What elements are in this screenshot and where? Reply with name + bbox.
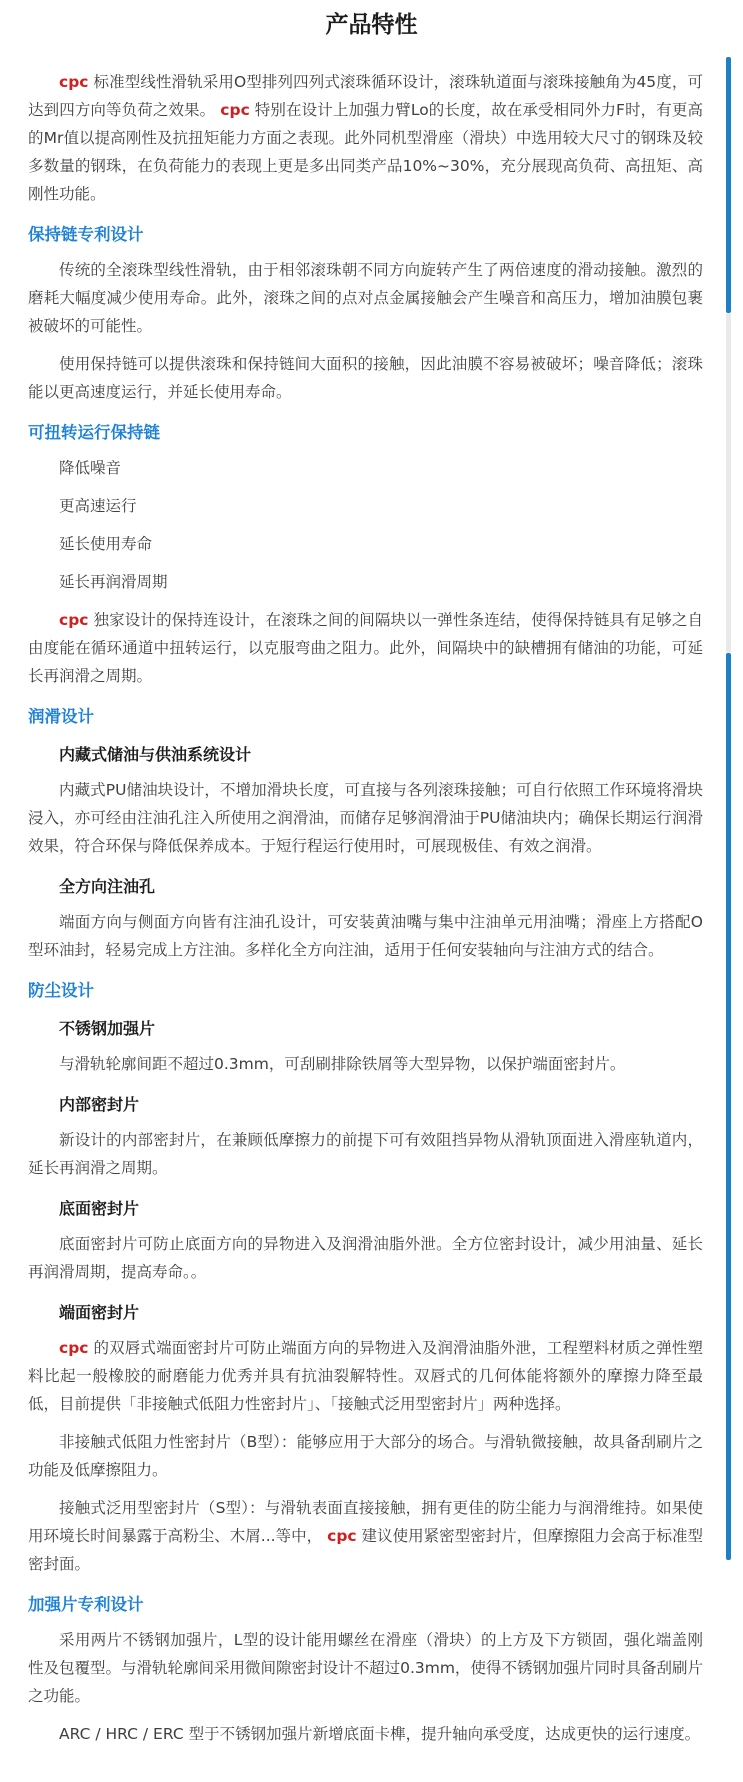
paragraph: 传统的全滚珠型线性滑轨，由于相邻滚珠朝不同方向旋转产生了两倍速度的滑动接触。激烈… xyxy=(28,256,703,340)
paragraph: 内藏式PU储油块设计，不增加滑块长度，可直接与各列滚珠接触；可自行依照工作环境将… xyxy=(28,776,703,860)
feature-item: 延长使用寿命 xyxy=(28,530,703,558)
brand-cpc: cpc xyxy=(220,101,249,119)
section-heading: 加强片专利设计 xyxy=(28,1594,703,1616)
text-run: ARC / HRC / ERC 型于不锈钢加强片新增底面卡榫，提升轴向承受度，达… xyxy=(59,1725,700,1743)
text-run: 使用保持链可以提供滚珠和保持链间大面积的接触，因此油膜不容易被破坏；噪音降低；滚… xyxy=(28,355,703,401)
sub-heading: 内藏式储油与供油系统设计 xyxy=(59,744,703,766)
section-heading: 保持链专利设计 xyxy=(28,224,703,246)
page-title: 产品特性 xyxy=(0,12,743,38)
text-run: 与滑轨轮廓间距不超过0.3mm，可刮刷排除铁屑等大型异物，以保护端面密封片。 xyxy=(59,1055,625,1073)
paragraph: cpc 的双唇式端面密封片可防止端面方向的异物进入及润滑油脂外泄，工程塑料材质之… xyxy=(28,1334,703,1418)
text-run: 延长使用寿命 xyxy=(59,535,152,553)
text-run: 底面密封片可防止底面方向的异物进入及润滑油脂外泄。全方位密封设计，减少用油量、延… xyxy=(28,1235,703,1281)
text-run: 非接触式低阻力性密封片（B型）：能够应用于大部分的场合。与滑轨微接触，故具备刮刷… xyxy=(28,1433,703,1479)
text-run: 采用两片不锈钢加强片，L型的设计能用螺丝在滑座（滑块）的上方及下方锁固，强化端盖… xyxy=(28,1631,703,1705)
brand-cpc: cpc xyxy=(59,1339,88,1357)
paragraph: cpc 标准型线性滑轨采用O型排列四列式滚珠循环设计，滚珠轨道面与滚珠接触角为4… xyxy=(28,68,703,208)
edge-bar-gray-segment xyxy=(726,313,731,653)
feature-item: 降低噪音 xyxy=(28,454,703,482)
product-features-page: 产品特性 cpc 标准型线性滑轨采用O型排列四列式滚珠循环设计，滚珠轨道面与滚珠… xyxy=(0,0,743,1782)
brand-cpc: cpc xyxy=(59,611,88,629)
text-run: 新设计的内部密封片，在兼顾低摩擦力的前提下可有效阻挡异物从滑轨顶面进入滑座轨道内… xyxy=(28,1131,703,1177)
text-run: 延长再润滑周期 xyxy=(59,573,168,591)
edge-bar-blue-segment xyxy=(726,653,731,1560)
section-heading: 可扭转运行保持链 xyxy=(28,422,703,444)
paragraph: 底面密封片可防止底面方向的异物进入及润滑油脂外泄。全方位密封设计，减少用油量、延… xyxy=(28,1230,703,1286)
text-run: 内藏式PU储油块设计，不增加滑块长度，可直接与各列滚珠接触；可自行依照工作环境将… xyxy=(28,781,703,855)
brand-cpc: cpc xyxy=(59,73,88,91)
sub-heading: 内部密封片 xyxy=(59,1094,703,1116)
text-run: 降低噪音 xyxy=(59,459,121,477)
text-run: 的双唇式端面密封片可防止端面方向的异物进入及润滑油脂外泄，工程塑料材质之弹性塑料… xyxy=(28,1339,703,1413)
paragraph: 采用两片不锈钢加强片，L型的设计能用螺丝在滑座（滑块）的上方及下方锁固，强化端盖… xyxy=(28,1626,703,1710)
paragraph: 使用保持链可以提供滚珠和保持链间大面积的接触，因此油膜不容易被破坏；噪音降低；滚… xyxy=(28,350,703,406)
feature-item: 延长再润滑周期 xyxy=(28,568,703,596)
text-run: 端面方向与侧面方向皆有注油孔设计，可安装黄油嘴与集中注油单元用油嘴；滑座上方搭配… xyxy=(28,913,703,959)
paragraph: 非接触式低阻力性密封片（B型）：能够应用于大部分的场合。与滑轨微接触，故具备刮刷… xyxy=(28,1428,703,1484)
feature-item: 更高速运行 xyxy=(28,492,703,520)
brand-cpc: cpc xyxy=(327,1527,356,1545)
sub-heading: 不锈钢加强片 xyxy=(59,1018,703,1040)
paragraph: 接触式泛用型密封片（S型）：与滑轨表面直接接触，拥有更佳的防尘能力与润滑维持。如… xyxy=(28,1494,703,1578)
sub-heading: 全方向注油孔 xyxy=(59,876,703,898)
section-heading: 润滑设计 xyxy=(28,706,703,728)
paragraph: 端面方向与侧面方向皆有注油孔设计，可安装黄油嘴与集中注油单元用油嘴；滑座上方搭配… xyxy=(28,908,703,964)
text-run: 独家设计的保持连设计，在滚珠之间的间隔块以一弹性条连结，使得保持链具有足够之自由… xyxy=(28,611,703,685)
paragraph: ARC / HRC / ERC 型于不锈钢加强片新增底面卡榫，提升轴向承受度，达… xyxy=(28,1720,703,1748)
paragraph: cpc 独家设计的保持连设计，在滚珠之间的间隔块以一弹性条连结，使得保持链具有足… xyxy=(28,606,703,690)
edge-bar-blue-segment xyxy=(726,57,731,313)
paragraph: 与滑轨轮廓间距不超过0.3mm，可刮刷排除铁屑等大型异物，以保护端面密封片。 xyxy=(28,1050,703,1078)
sub-heading: 端面密封片 xyxy=(59,1302,703,1324)
paragraph: 新设计的内部密封片，在兼顾低摩擦力的前提下可有效阻挡异物从滑轨顶面进入滑座轨道内… xyxy=(28,1126,703,1182)
text-run: 更高速运行 xyxy=(59,497,137,515)
text-run: 传统的全滚珠型线性滑轨，由于相邻滚珠朝不同方向旋转产生了两倍速度的滑动接触。激烈… xyxy=(28,261,703,335)
section-heading: 防尘设计 xyxy=(28,980,703,1002)
article-content: cpc 标准型线性滑轨采用O型排列四列式滚珠循环设计，滚珠轨道面与滚珠接触角为4… xyxy=(0,68,743,1782)
sub-heading: 底面密封片 xyxy=(59,1198,703,1220)
